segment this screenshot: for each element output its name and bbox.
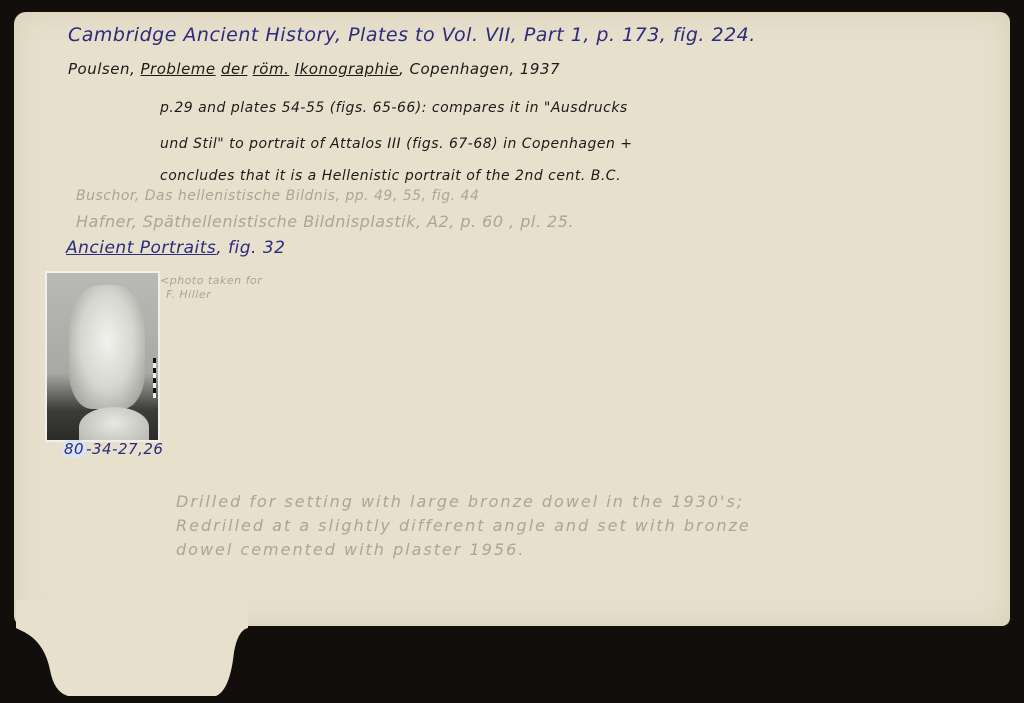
note-line-2: und Stil" to portrait of Attalos III (fi… xyxy=(160,136,633,152)
pencil-note: Drilled for setting with large bronze do… xyxy=(176,490,751,562)
poulsen-title-2: der xyxy=(221,60,247,78)
poulsen-author: Poulsen, xyxy=(68,60,135,78)
scale-bar xyxy=(153,358,156,398)
catalog-number-rest: -34-27,26 xyxy=(86,440,163,458)
buschor-reference: Buschor, Das hellenistische Bildnis, pp.… xyxy=(76,188,479,204)
hafner-reference: Hafner, Späthellenistische Bildnisplasti… xyxy=(76,212,574,231)
note-line-3: concludes that it is a Hellenistic portr… xyxy=(160,168,621,184)
marble-base xyxy=(79,407,149,442)
pencil-note-line-1: Drilled for setting with large bronze do… xyxy=(176,490,751,514)
poulsen-title-3: röm. xyxy=(253,60,290,78)
portrait-photo xyxy=(45,271,160,442)
catalog-number-prefix: 80 xyxy=(62,440,86,458)
pencil-note-line-2: Redrilled at a slightly different angle … xyxy=(176,514,751,538)
catalog-number: 80-34-27,26 xyxy=(62,440,163,458)
pencil-note-line-3: dowel cemented with plaster 1956. xyxy=(176,538,751,562)
note-line-1: p.29 and plates 54-55 (figs. 65-66): com… xyxy=(160,100,628,116)
poulsen-place-year: , Copenhagen, 1937 xyxy=(399,60,560,78)
card-bottom-tab xyxy=(16,600,248,696)
poulsen-title-1: Probleme xyxy=(141,60,216,78)
poulsen-title-4: Ikonographie xyxy=(295,60,399,78)
marble-head xyxy=(69,285,145,409)
header-reference: Cambridge Ancient History, Plates to Vol… xyxy=(68,24,756,46)
poulsen-reference: Poulsen, Probleme der röm. Ikonographie,… xyxy=(68,60,560,78)
photo-note: <photo taken for F. Hiller xyxy=(160,274,262,302)
ancient-portraits-fig: , fig. 32 xyxy=(216,238,285,258)
ancient-portraits-reference: Ancient Portraits, fig. 32 xyxy=(66,238,286,258)
ancient-portraits-title: Ancient Portraits xyxy=(66,238,216,258)
photo-note-line-2: F. Hiller xyxy=(160,288,262,302)
photo-note-line-1: <photo taken for xyxy=(160,274,262,288)
